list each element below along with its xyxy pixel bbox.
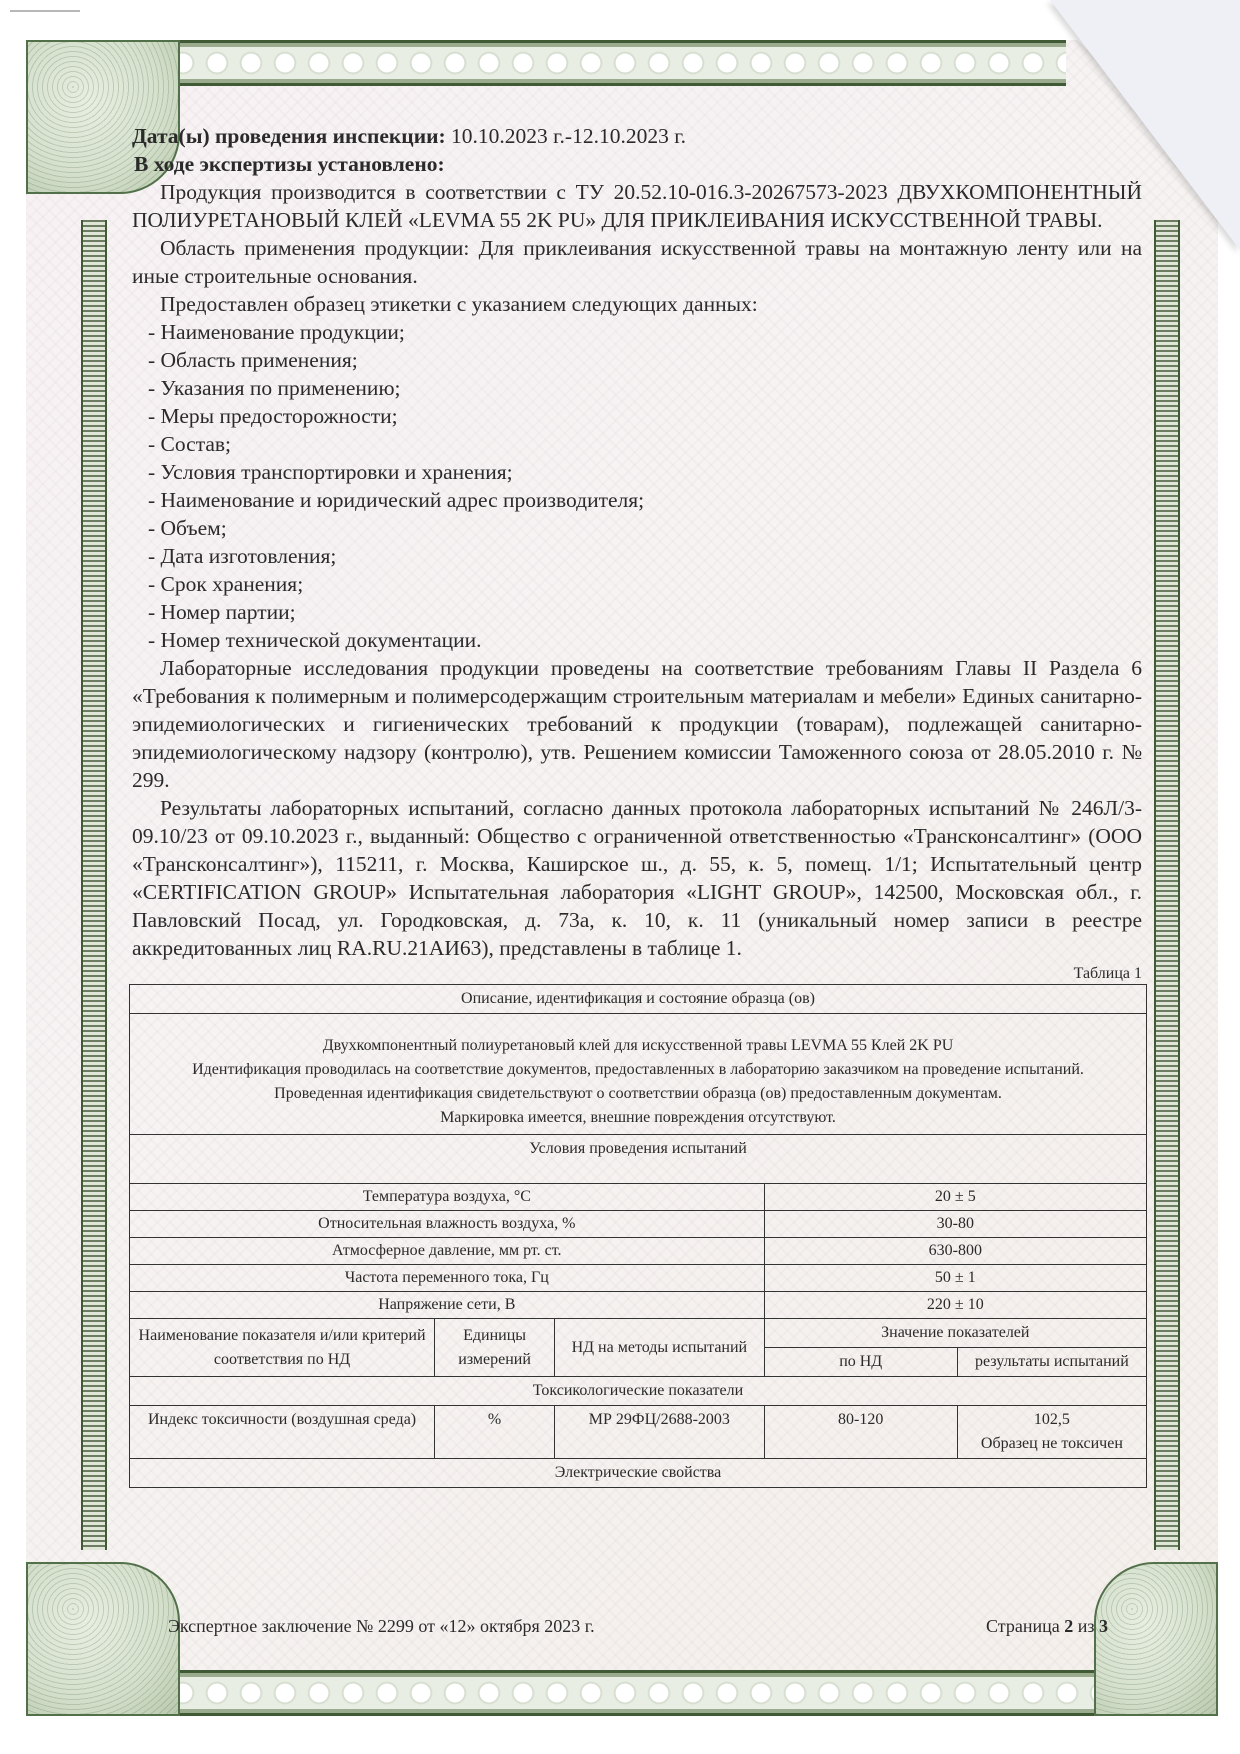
- description-row: Двухкомпонентный полиуретановый клей для…: [130, 1014, 1147, 1135]
- condition-name: Атмосферное давление, мм рт. ст.: [130, 1238, 765, 1265]
- column-header-method: НД на методы испытаний: [555, 1319, 765, 1377]
- conclusion-reference: Экспертное заключение № 2299 от «12» окт…: [168, 1616, 595, 1637]
- indicator-cell: Индекс токсичности (воздушная среда): [130, 1406, 435, 1459]
- condition-value: 630-800: [764, 1238, 1146, 1265]
- production-paragraph: Продукция производится в соответствии с …: [132, 178, 1142, 234]
- document-body: Дата(ы) проведения инспекции: 10.10.2023…: [132, 122, 1142, 1488]
- condition-value: 50 ± 1: [764, 1265, 1146, 1292]
- description-header-row: Описание, идентификация и состояние обра…: [130, 985, 1147, 1014]
- lab-research-paragraph: Лабораторные исследования продукции пров…: [132, 654, 1142, 794]
- result-value: 102,5: [962, 1408, 1142, 1432]
- table-caption: Таблица 1: [132, 964, 1142, 984]
- list-item: - Срок хранения;: [132, 570, 1142, 598]
- table-row: Индекс токсичности (воздушная среда) % М…: [130, 1406, 1147, 1459]
- page-footer: Экспертное заключение № 2299 от «12» окт…: [168, 1616, 1108, 1637]
- condition-row: Частота переменного тока, Гц 50 ± 1: [130, 1265, 1147, 1292]
- inspection-dates: Дата(ы) проведения инспекции: 10.10.2023…: [132, 122, 1142, 150]
- guilloche-border-top: [166, 40, 1066, 86]
- list-item: - Указания по применению;: [132, 374, 1142, 402]
- inspection-dates-value: 10.10.2023 г.-12.10.2023 г.: [451, 124, 686, 148]
- condition-name: Частота переменного тока, Гц: [130, 1265, 765, 1292]
- guilloche-border-left: [81, 220, 107, 1550]
- lab-results-paragraph: Результаты лабораторных испытаний, согла…: [132, 794, 1142, 962]
- condition-row: Атмосферное давление, мм рт. ст. 630-800: [130, 1238, 1147, 1265]
- column-header-values: Значение показателей: [764, 1319, 1146, 1348]
- condition-name: Температура воздуха, °C: [130, 1184, 765, 1211]
- list-item: - Номер технической документации.: [132, 626, 1142, 654]
- conditions-header: Условия проведения испытаний: [130, 1135, 1147, 1184]
- results-table: Описание, идентификация и состояние обра…: [129, 984, 1147, 1488]
- list-item: - Наименование продукции;: [132, 318, 1142, 346]
- description-header: Описание, идентификация и состояние обра…: [130, 985, 1147, 1014]
- label-sample-intro: Предоставлен образец этикетки с указание…: [132, 290, 1142, 318]
- condition-name: Относительная влажность воздуха, %: [130, 1211, 765, 1238]
- column-header-results: результаты испытаний: [957, 1348, 1146, 1377]
- condition-value: 220 ± 10: [764, 1292, 1146, 1319]
- condition-value: 20 ± 5: [764, 1184, 1146, 1211]
- inspection-dates-label: Дата(ы) проведения инспекции:: [132, 124, 446, 148]
- result-cell: 102,5 Образец не токсичен: [957, 1406, 1146, 1459]
- section-title: Токсикологические показатели: [130, 1377, 1147, 1406]
- ornament-corner-bottom-left: [26, 1562, 180, 1716]
- conditions-header-row: Условия проведения испытаний: [130, 1135, 1147, 1184]
- list-item: - Наименование и юридический адрес произ…: [132, 486, 1142, 514]
- page-current: 2: [1064, 1616, 1073, 1636]
- page-of: из: [1078, 1616, 1095, 1636]
- column-header-by-nd: по НД: [764, 1348, 957, 1377]
- section-title: Электрические свойства: [130, 1459, 1147, 1488]
- sample-name: Двухкомпонентный полиуретановый клей для…: [140, 1034, 1136, 1058]
- list-item: - Дата изготовления;: [132, 542, 1142, 570]
- method-cell: МР 29ФЦ/2688-2003: [555, 1406, 765, 1459]
- list-item: - Номер партии;: [132, 598, 1142, 626]
- list-item: - Условия транспортировки и хранения;: [132, 458, 1142, 486]
- page-number: Страница 2 из 3: [986, 1616, 1108, 1637]
- list-item: - Объем;: [132, 514, 1142, 542]
- identification-note: Идентификация проводилась на соответстви…: [140, 1058, 1136, 1082]
- ornament-corner-bottom-right: [1094, 1562, 1218, 1716]
- list-item: - Область применения;: [132, 346, 1142, 374]
- guilloche-border-right: [1154, 220, 1180, 1550]
- condition-row: Напряжение сети, В 220 ± 10: [130, 1292, 1147, 1319]
- condition-row: Температура воздуха, °C 20 ± 5: [130, 1184, 1147, 1211]
- identification-result: Проведенная идентификация свидетельствую…: [140, 1082, 1136, 1106]
- scan-artifact-line: [10, 10, 80, 12]
- application-area-paragraph: Область применения продукции: Для прикле…: [132, 234, 1142, 290]
- section-row-electrical: Электрические свойства: [130, 1459, 1147, 1488]
- result-note: Образец не токсичен: [962, 1432, 1142, 1456]
- condition-value: 30-80: [764, 1211, 1146, 1238]
- marking-note: Маркировка имеется, внешние повреждения …: [140, 1106, 1136, 1130]
- established-heading: В ходе экспертизы установлено:: [132, 150, 1142, 178]
- description-cell: Двухкомпонентный полиуретановый клей для…: [130, 1014, 1147, 1135]
- column-header-indicator: Наименование показателя и/или критерий с…: [130, 1319, 435, 1377]
- list-item: - Меры предосторожности;: [132, 402, 1142, 430]
- column-header-units: Единицы измерений: [435, 1319, 555, 1377]
- condition-name: Напряжение сети, В: [130, 1292, 765, 1319]
- units-cell: %: [435, 1406, 555, 1459]
- guilloche-border-bottom: [166, 1670, 1126, 1716]
- page-label: Страница: [986, 1616, 1060, 1636]
- label-data-list: - Наименование продукции; - Область прим…: [132, 318, 1142, 654]
- page-total: 3: [1099, 1616, 1108, 1636]
- section-row-toxicology: Токсикологические показатели: [130, 1377, 1147, 1406]
- by-nd-cell: 80-120: [764, 1406, 957, 1459]
- condition-row: Относительная влажность воздуха, % 30-80: [130, 1211, 1147, 1238]
- list-item: - Состав;: [132, 430, 1142, 458]
- column-header-row: Наименование показателя и/или критерий с…: [130, 1319, 1147, 1348]
